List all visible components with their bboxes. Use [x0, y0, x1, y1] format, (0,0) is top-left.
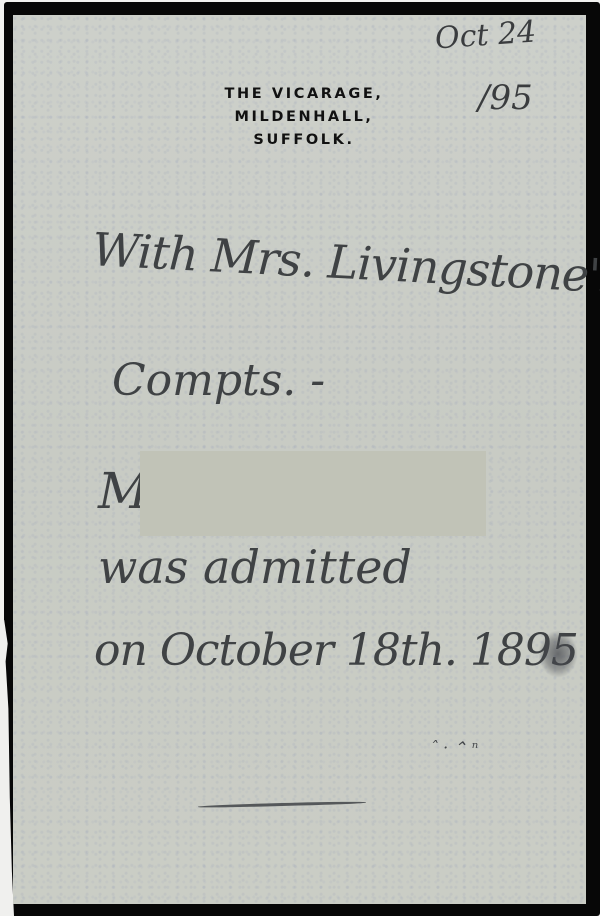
handwritten-line-5: on October 18th. 1895 — [94, 625, 578, 676]
date-annotation-month: Oct 24 — [434, 15, 537, 57]
redacted-name — [140, 451, 486, 536]
handwritten-line-4: was admitted — [98, 540, 412, 594]
letterhead-line-3: SUFFOLK. — [0, 129, 600, 152]
ink-blot — [538, 630, 578, 678]
handwritten-line-2: Compts. - — [112, 355, 325, 406]
pencil-marks: ˆ · ⌃ ⁿ — [430, 738, 478, 757]
date-annotation-year: /95 — [478, 78, 533, 118]
